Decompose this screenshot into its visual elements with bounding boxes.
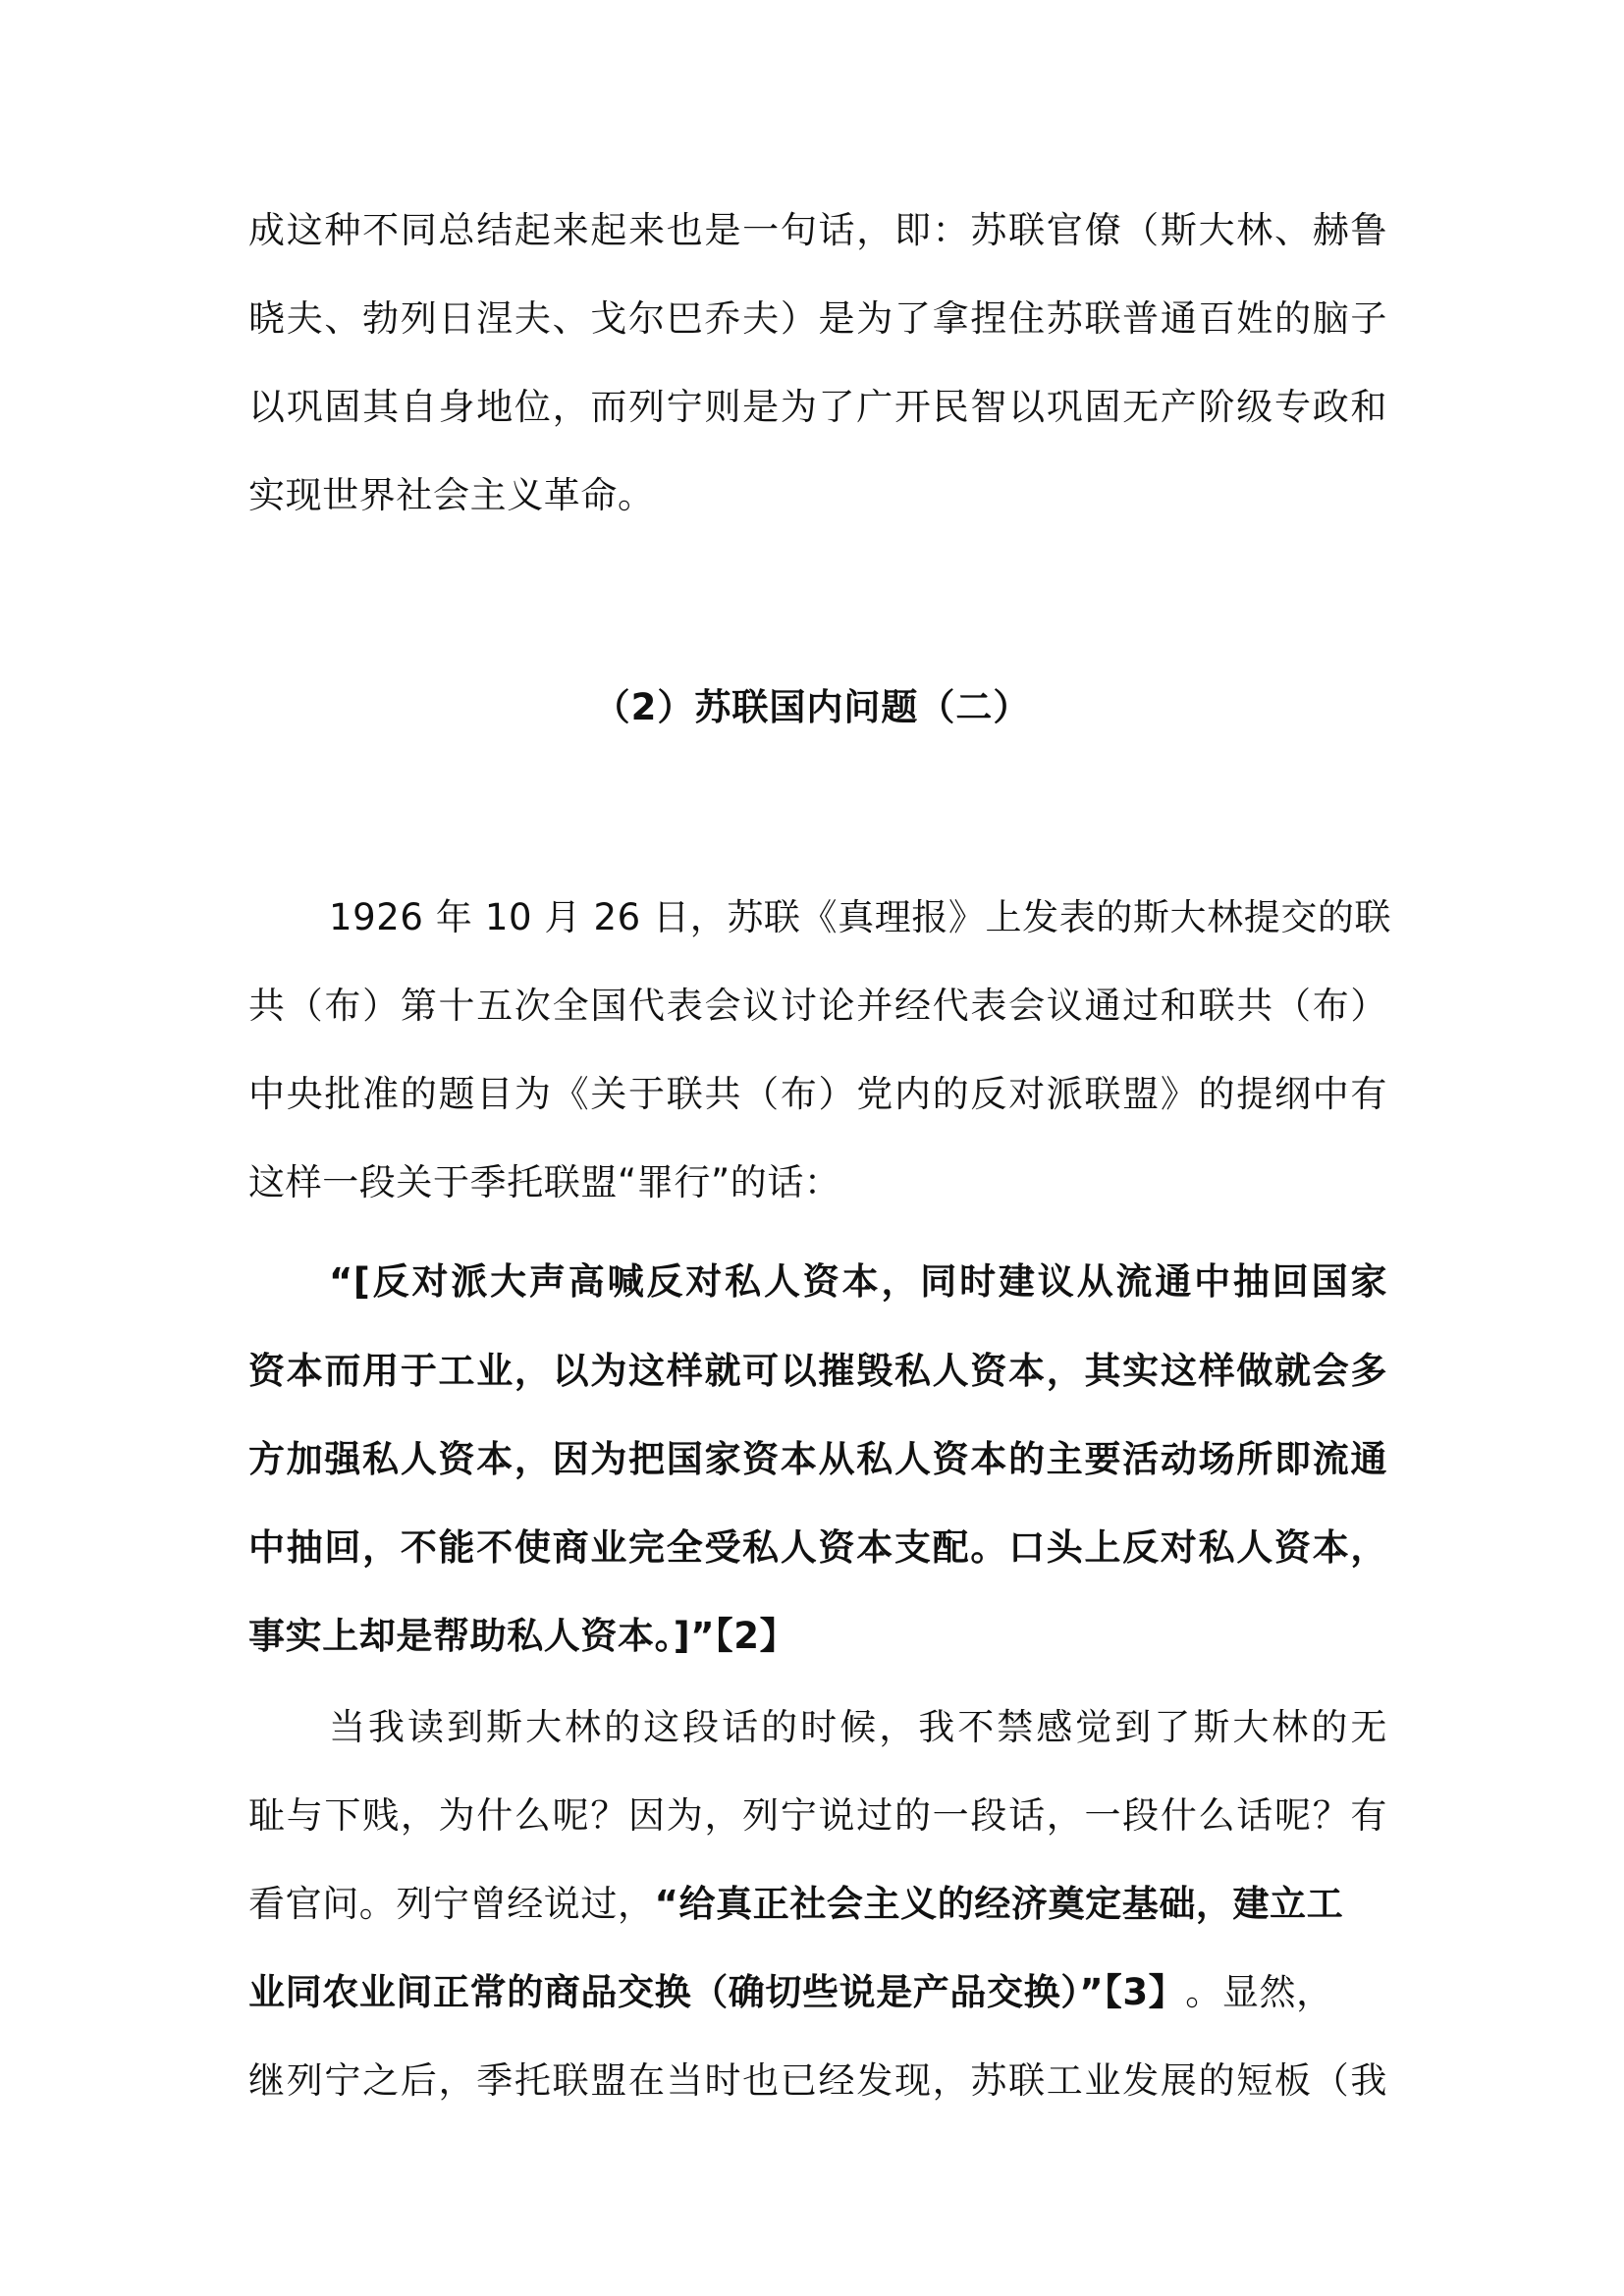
section-heading: （2）苏联国内问题（二） (0, 685, 1624, 730)
paragraph-2-line-4: 这样一段关于季托联盟“罪行”的话： (248, 1160, 1387, 1205)
paragraph-3-line-4: 业同农业间正常的商品交换（确切些说是产品交换）”【3】 。显然， (248, 1970, 1387, 2015)
quote-line-5: 事实上却是帮助私人资本。]”【2】 (248, 1614, 1387, 1659)
paragraph-3-line-5: 继列宁之后，季托联盟在当时也已经发现，苏联工业发展的短板（我 (248, 2058, 1387, 2104)
paragraph-2-line-3: 中央批准的题目为《关于联共（布）党内的反对派联盟》的提纲中有 (248, 1072, 1387, 1117)
paragraph-1-line-2: 晓夫、勃列日涅夫、戈尔巴乔夫）是为了拿捏住苏联普通百姓的脑子 (248, 296, 1387, 342)
paragraph-3-line-4-plain: 。显然， (1185, 1970, 1332, 2015)
lenin-quote-part-2: 业同农业间正常的商品交换（确切些说是产品交换）”【3】 (248, 1970, 1185, 2015)
document-page: 成这种不同总结起来起来也是一句话，即：苏联官僚（斯大林、赫鲁 晓夫、勃列日涅夫、… (0, 0, 1624, 2296)
paragraph-1-line-3: 以巩固其自身地位，而列宁则是为了广开民智以巩固无产阶级专政和 (248, 385, 1387, 430)
quote-line-4: 中抽回，不能不使商业完全受私人资本支配。口头上反对私人资本， (248, 1525, 1387, 1571)
quote-line-3: 方加强私人资本，因为把国家资本从私人资本的主要活动场所即流通 (248, 1437, 1387, 1482)
lenin-quote-part-1: “给真正社会主义的经济奠定基础，建立工 (655, 1882, 1344, 1927)
quote-line-1: “[反对派大声高喊反对私人资本，同时建议从流通中抽回国家 (329, 1259, 1387, 1305)
paragraph-3-line-3: 看官问。列宁曾经说过， “给真正社会主义的经济奠定基础，建立工 (248, 1882, 1387, 1927)
paragraph-1-line-1: 成这种不同总结起来起来也是一句话，即：苏联官僚（斯大林、赫鲁 (248, 208, 1387, 253)
paragraph-1-line-4: 实现世界社会主义革命。 (248, 473, 1387, 518)
paragraph-3-line-1: 当我读到斯大林的这段话的时候，我不禁感觉到了斯大林的无 (329, 1705, 1387, 1750)
quote-line-2: 资本而用于工业，以为这样就可以摧毁私人资本，其实这样做就会多 (248, 1349, 1387, 1394)
paragraph-3-line-2: 耻与下贱，为什么呢？因为，列宁说过的一段话，一段什么话呢？有 (248, 1793, 1387, 1839)
paragraph-2-line-2: 共（布）第十五次全国代表会议讨论并经代表会议通过和联共（布） (248, 984, 1387, 1029)
paragraph-2-line-1: 1926 年 10 月 26 日，苏联《真理报》上发表的斯大林提交的联 (329, 895, 1387, 940)
paragraph-3-line-3-plain: 看官问。列宁曾经说过， (248, 1882, 655, 1927)
